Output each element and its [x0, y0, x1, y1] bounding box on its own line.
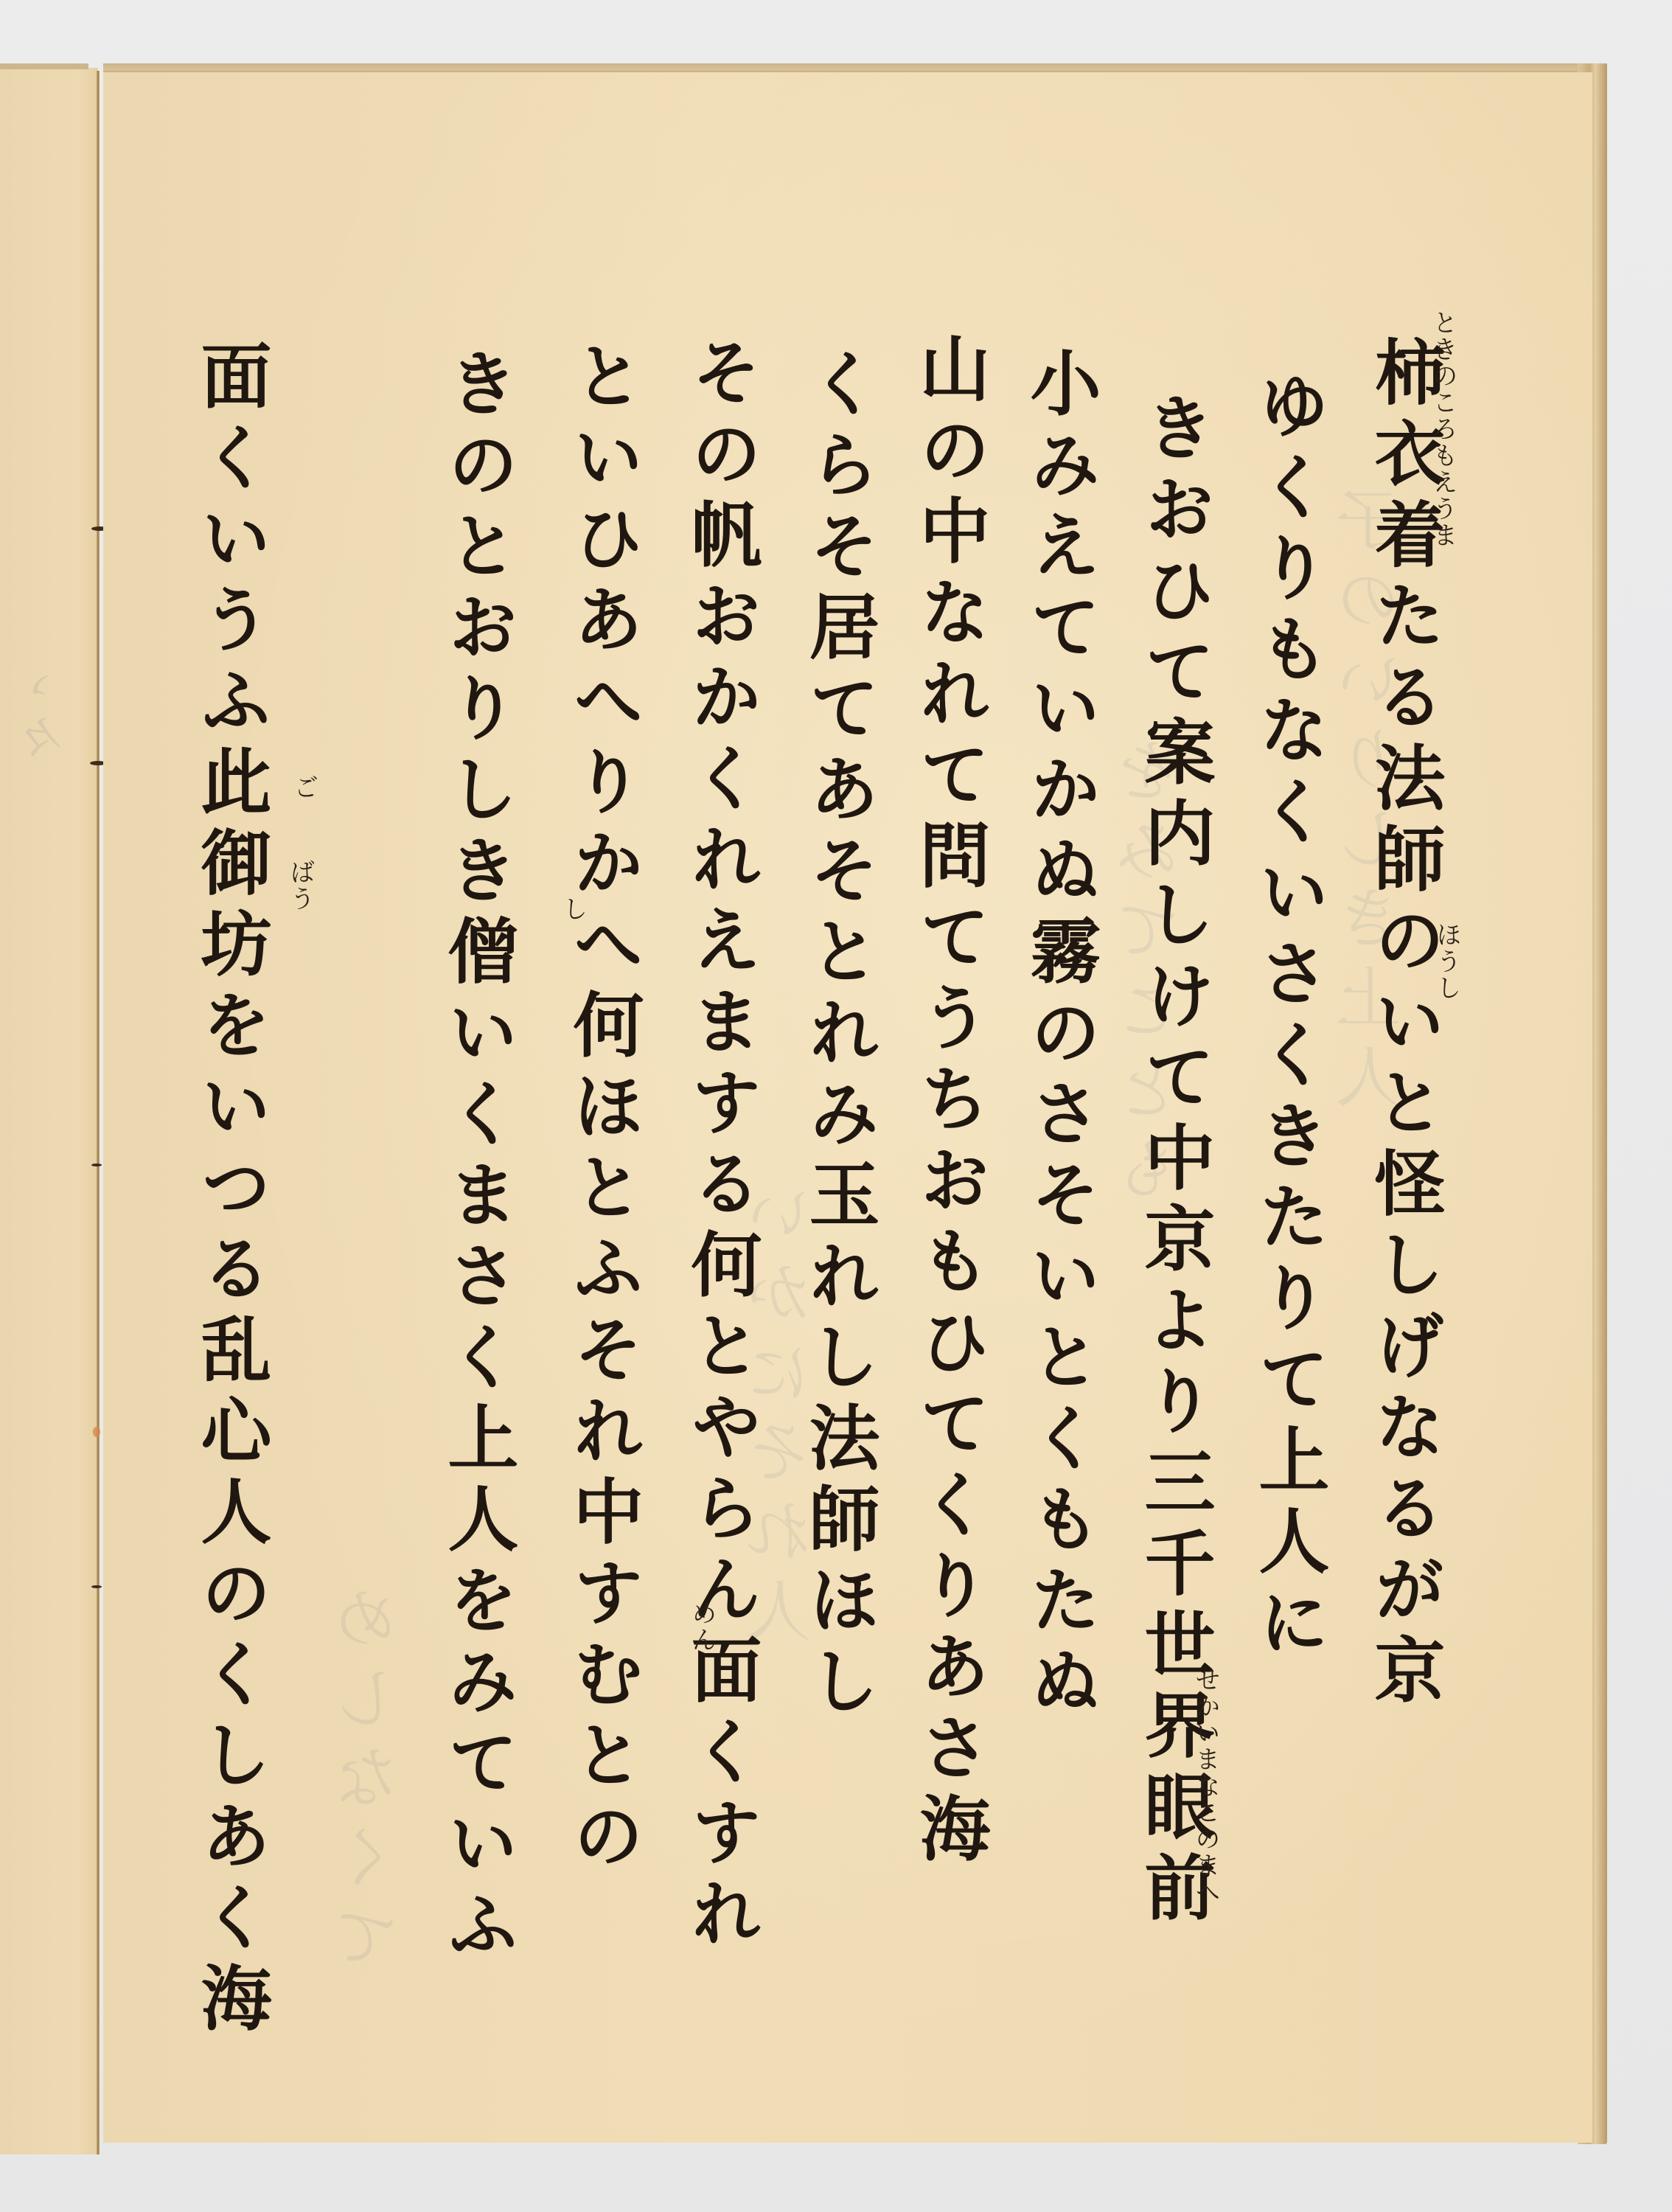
ruby-annotation: ご — [291, 774, 316, 801]
ruby-annotation: ほうし — [1434, 922, 1459, 1001]
text-column-4: 小みえていかぬ霧のさそいとくもたぬ — [1025, 347, 1095, 1725]
text-column-8: といひあへりかへ何ほとふそれ中すむとの — [568, 339, 638, 1880]
left-page-show-through: ゝ々 — [7, 658, 82, 761]
stitch-hole-3 — [91, 1164, 102, 1166]
text-column-9: きのとおりしき僧いくまさく上人をみていふ — [442, 347, 513, 1969]
text-column-7: その帆おかくれえまする何とやらん面くすれ — [686, 335, 756, 1958]
left-page-top-edge — [0, 63, 88, 69]
text-column-2: ゆくりもなくいさくきたりて上人に — [1253, 369, 1324, 1666]
text-column-6: くらそ居てあそとれみ玉れし法師ほし — [804, 347, 874, 1725]
ruby-annotation: ときのころもえうま — [1430, 310, 1455, 549]
ruby-annotation: し — [560, 896, 585, 922]
book-gutter — [97, 71, 100, 2154]
stitch-hole-4 — [91, 1585, 102, 1588]
stitch-stain — [93, 1427, 100, 1437]
text-column-5: 山の中なれて問てうちおもひてくりあさ海 — [914, 332, 985, 1873]
ruby-annotation: ばう — [288, 859, 313, 912]
left-page: ゝ々 — [0, 68, 98, 2154]
ruby-annotation: めん — [689, 1600, 714, 1653]
ruby-annotation: せかいまなこのまへ — [1193, 1666, 1218, 1905]
text-column-10: 面くいうふ此御坊をいつる乱心人のくしあく海 — [195, 339, 266, 2042]
show-through-text: めしなくて — [324, 1584, 420, 1982]
